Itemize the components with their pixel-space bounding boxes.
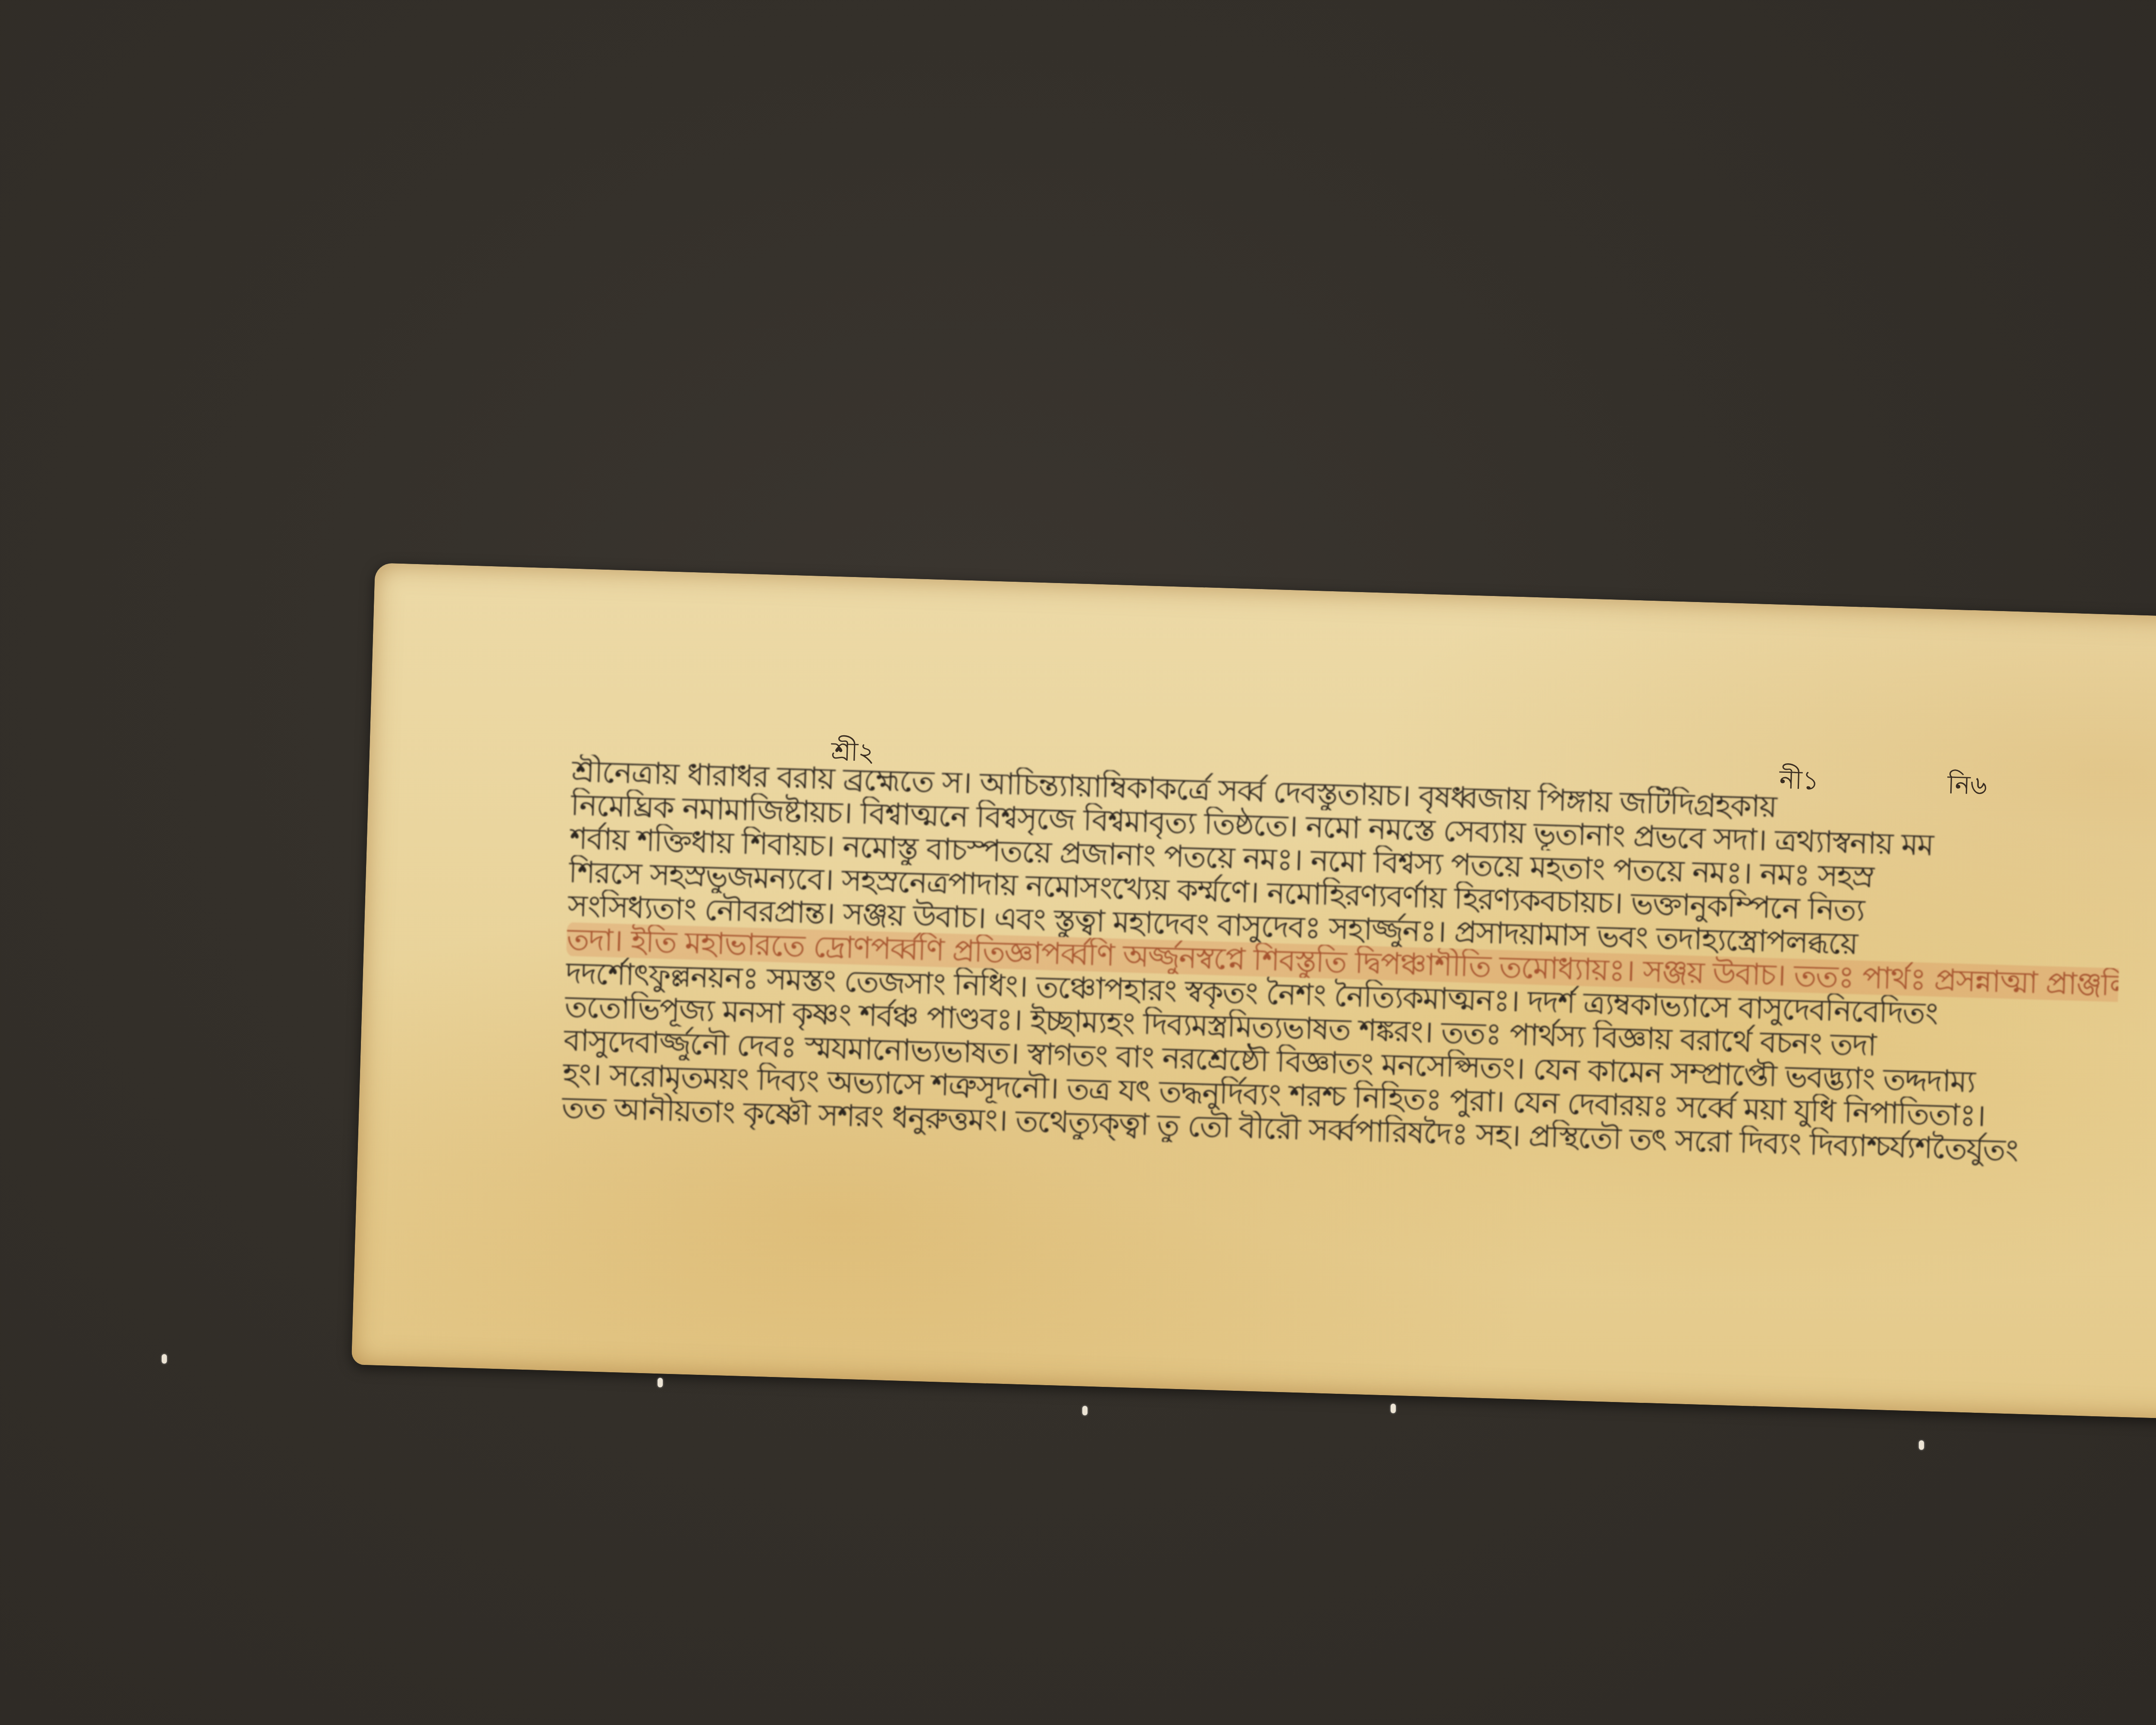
mounting-pin — [1391, 1404, 1396, 1413]
mounting-pin — [1082, 1406, 1087, 1415]
photo-scene: শ্রী২ নী১ নি৬ শ্রীনেত্রায় ধারাধর বরায় … — [0, 0, 2156, 1725]
mounting-pin — [658, 1378, 663, 1387]
manuscript-text: শ্রীনেত্রায় ধারাধর বরায় ব্রহ্মেতে স। আ… — [561, 754, 2124, 1170]
manuscript-leaf: শ্রী২ নী১ নি৬ শ্রীনেত্রায় ধারাধর বরায় … — [351, 563, 2156, 1422]
mounting-pin — [162, 1354, 167, 1364]
mounting-pin — [1919, 1440, 1924, 1450]
